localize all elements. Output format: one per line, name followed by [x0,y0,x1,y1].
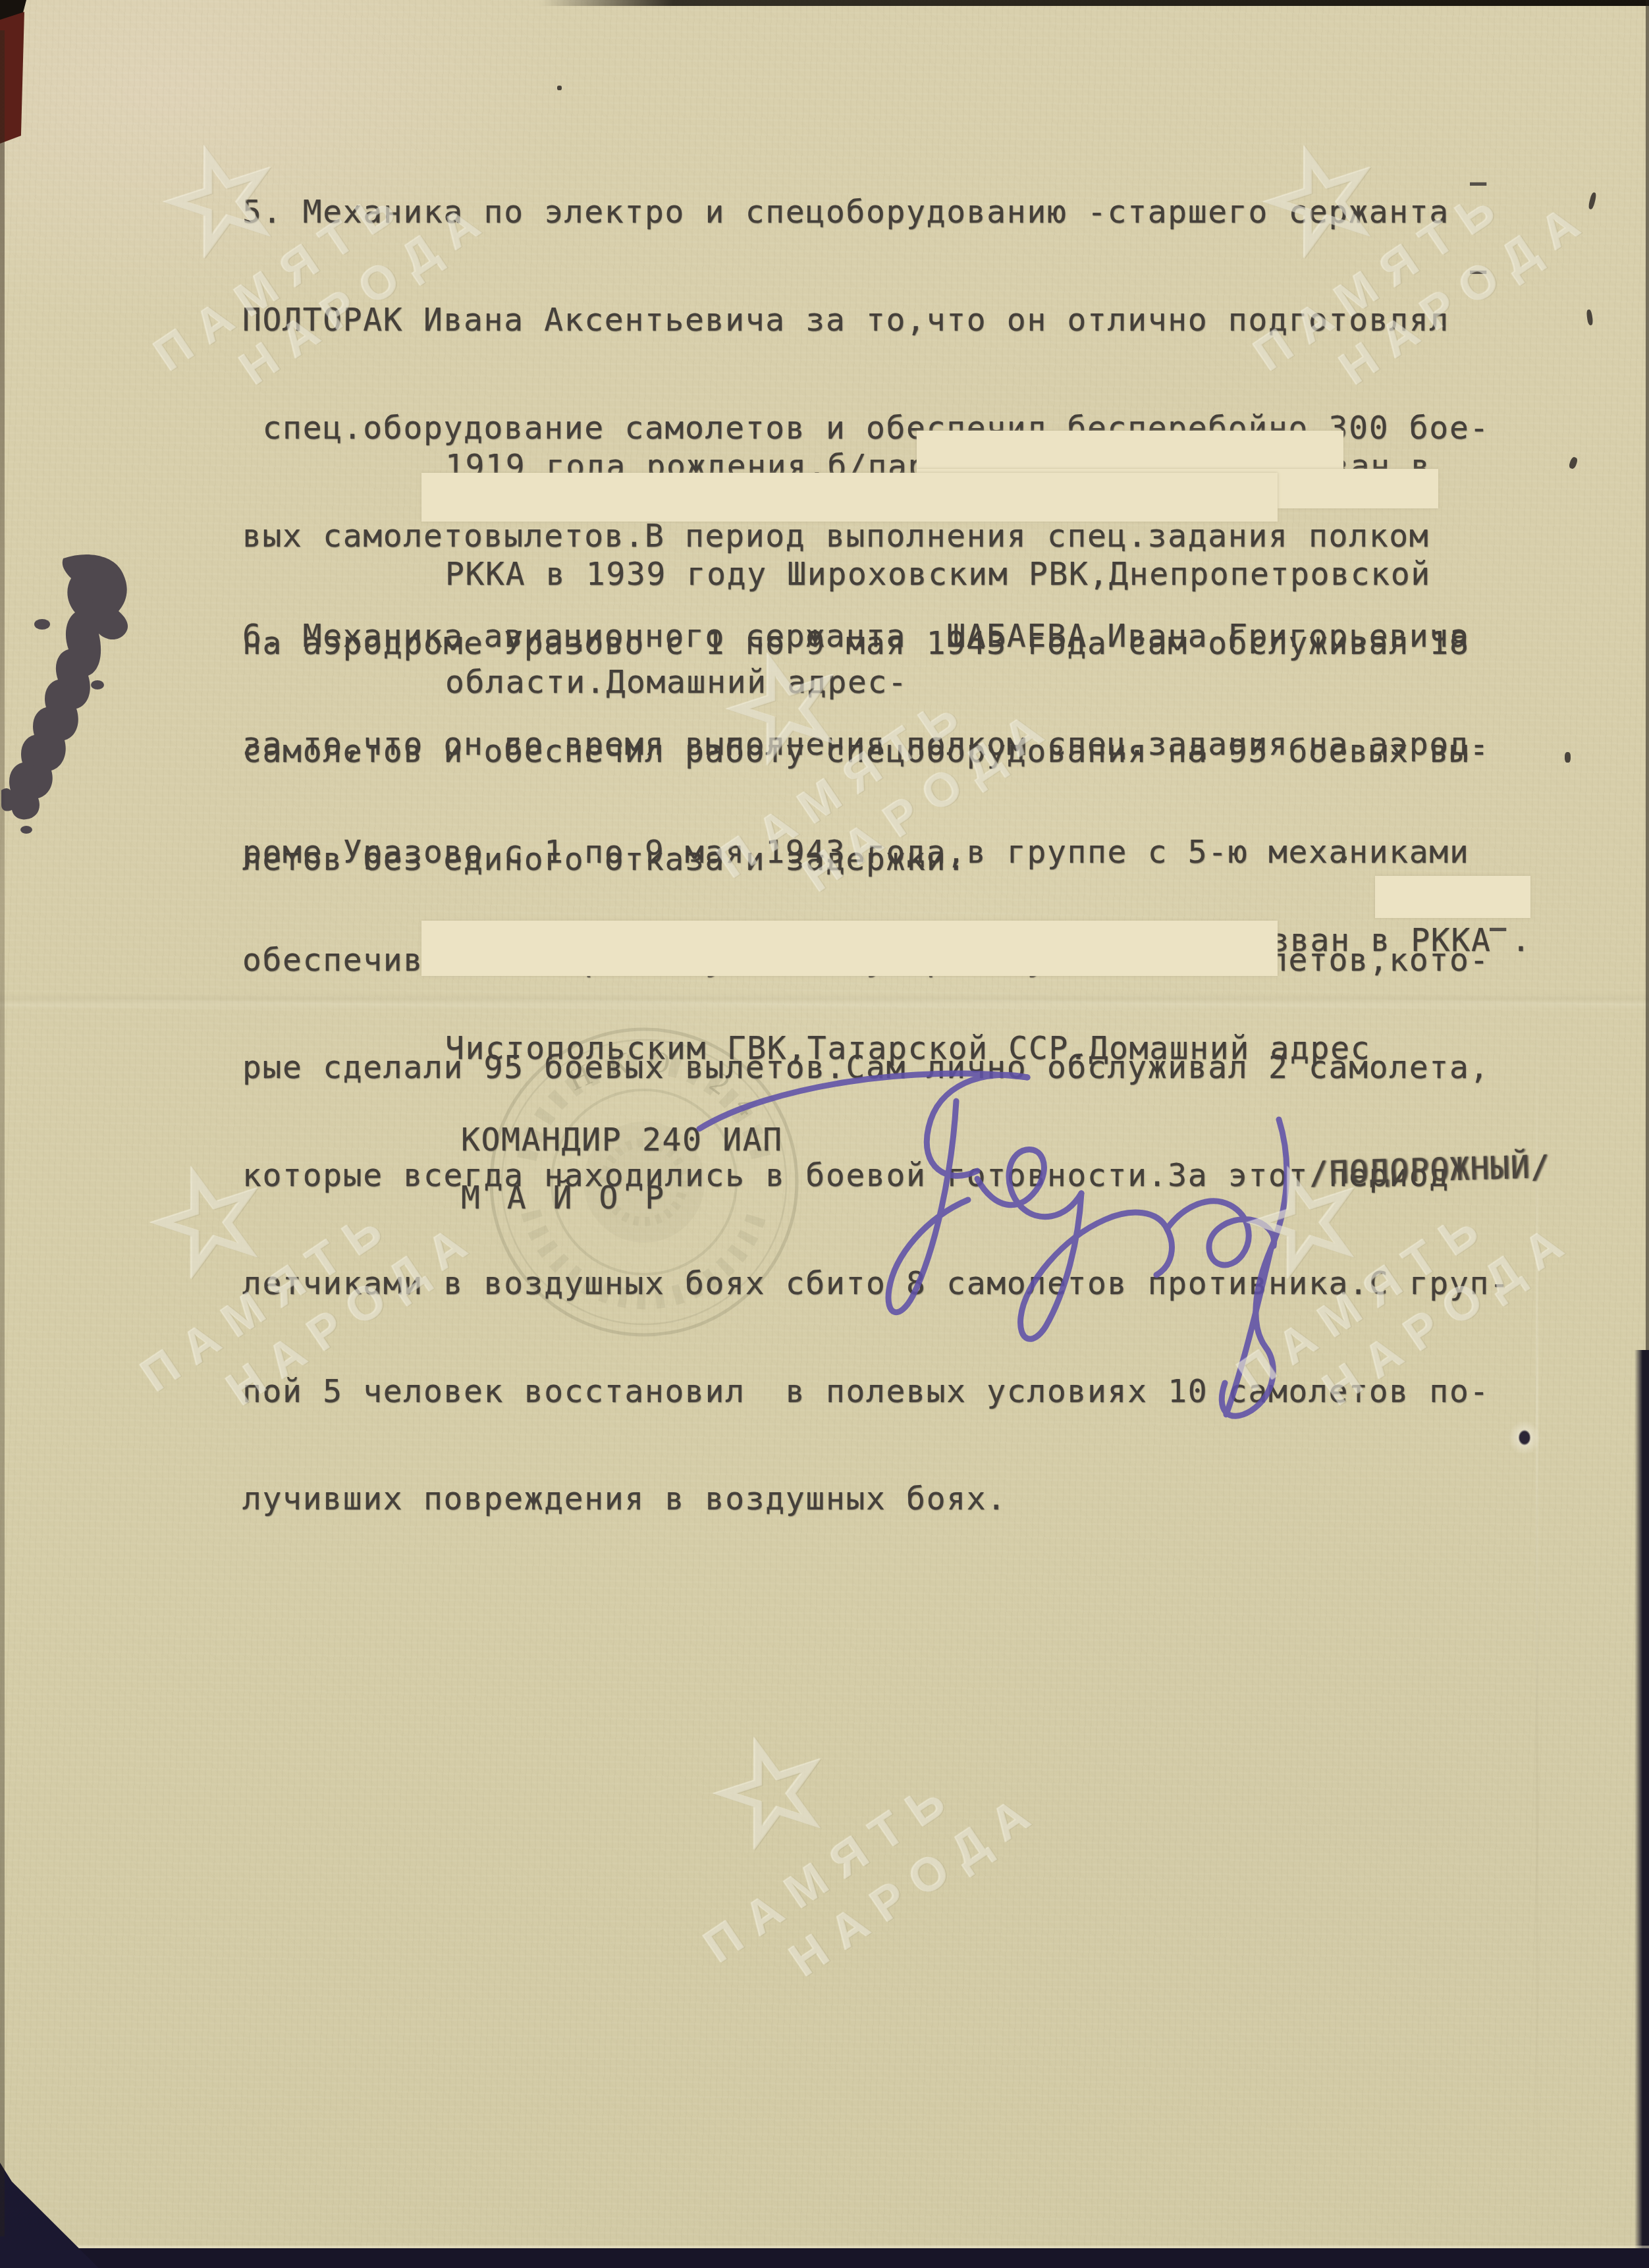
typed-surname: /ПОДОРОЖНЫЙ/ [1309,1149,1551,1192]
scan-left-edge [0,30,5,2236]
typed-line: Чистопольским ГВК,Татарской ССР.Домашний… [445,1031,1532,1067]
commander-title-line: КОМАНДИР 240 ИАП [461,1122,783,1158]
redaction-box [1375,876,1530,918]
scan-right-edge-backing [1635,1350,1649,2268]
typed-line: пой 5 человек восстановил в полевых усло… [242,1374,1510,1410]
scan-right-edge [1646,0,1649,1357]
margin-dash: – [1470,166,1486,198]
scan-bottom-backing [0,2248,1649,2268]
ink-speck [557,86,562,90]
ink-speck [1342,856,1347,861]
ink-speck [1565,752,1571,763]
biography-paragraph-6: 1923 года рождения,член ВЛКСМ,русский,пр… [445,851,1532,1102]
redaction-box [421,473,1278,522]
paper-hole [1503,1415,1546,1461]
redaction-box [421,921,1278,976]
rank-line: М А Й О Р [461,1180,668,1216]
scan-top-edge [540,0,1649,6]
typed-line: летчиками в воздушных боях сбито 8 самол… [242,1266,1510,1302]
typed-line: за то,что он во время выполнения полком … [242,726,1510,763]
typed-line: ПОЛТОРАК Ивана Аксентьевича за то,что он… [242,302,1490,338]
redaction-box [917,431,1343,473]
margin-dash: – [1470,254,1486,286]
vertical-crease [1536,1021,1538,2252]
typed-line: 6. Механика авиационного сержанта ШАБАЕВ… [242,618,1510,655]
typed-line: 5. Механика по электро и спецоборудовани… [242,194,1490,230]
typed-line: лучивших повреждения в воздушных боях. [242,1481,1510,1517]
margin-dash: – [1490,911,1506,944]
